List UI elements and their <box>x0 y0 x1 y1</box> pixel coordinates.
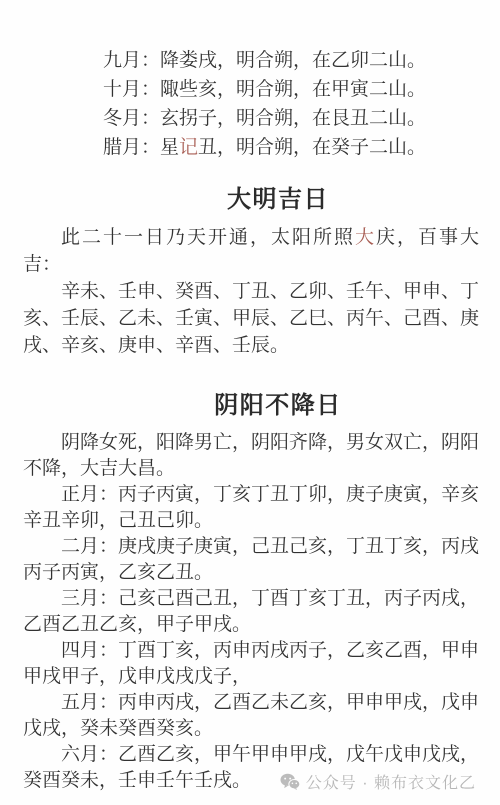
month-line-text: 十月：陬些亥，明合朔，在甲寅二山。 <box>103 79 426 100</box>
month-table: 九月：降娄戌，明合朔，在乙卯二山。 十月：陬些亥，明合朔，在甲寅二山。 冬月：玄… <box>23 0 479 162</box>
yinyang-month-paragraph: 正月：丙子丙寅，丁亥丁丑丁卯，庚子庚寅，辛亥辛丑辛卯，己丑己卯。 <box>23 482 479 534</box>
footer-watermark: 公众号 · 赖布衣文化乙 <box>280 770 476 793</box>
daming-intro-paragraph: 此二十一日乃天开通，太阳所照大庆，百事大吉： <box>23 224 479 278</box>
month-line-text: 九月：降娄戌，明合朔，在乙卯二山。 <box>103 50 426 71</box>
month-line: 冬月：玄拐子，明合朔，在艮丑二山。 <box>23 104 479 133</box>
section-daming: 大明吉日 此二十一日乃天开通，太阳所照大庆，百事大吉： 辛未、壬申、癸酉、丁丑、… <box>23 184 479 359</box>
wechat-icon <box>280 773 300 790</box>
watermark-text: 公众号 · 赖布衣文化乙 <box>306 770 476 793</box>
yinyang-month-paragraph: 三月：己亥己酉己丑，丁酉丁亥丁丑，丙子丙戌，乙酉乙丑乙亥，甲子甲戌。 <box>23 586 479 638</box>
yinyang-month-paragraph: 二月：庚戌庚子庚寅，己丑己亥，丁丑丁亥，丙戌丙子丙寅，乙亥乙丑。 <box>23 534 479 586</box>
month-line-text: 冬月：玄拐子，明合朔，在艮丑二山。 <box>103 108 426 129</box>
month-line: 腊月：星记丑，明合朔，在癸子二山。 <box>23 133 479 162</box>
yinyang-intro-paragraph: 阴降女死，阳降男亡，阴阳齐降，男女双亡，阴阳不降，大吉大昌。 <box>23 430 479 482</box>
section-yinyang: 阴阳不降日 阴降女死，阳降男亡，阴阳齐降，男女双亡，阴阳不降，大吉大昌。 正月：… <box>23 390 479 794</box>
daming-days-paragraph: 辛未、壬申、癸酉、丁丑、乙卯、壬午、甲申、丁亥、壬辰、乙未、壬寅、甲辰、乙巳、丙… <box>23 278 479 359</box>
month-line: 十月：陬些亥，明合朔，在甲寅二山。 <box>23 75 479 104</box>
yinyang-month-paragraph: 五月：丙申丙戌，乙酉乙未乙亥，甲申甲戌，戊申戊戌，癸未癸酉癸亥。 <box>23 690 479 742</box>
yinyang-month-paragraph: 四月：丁酉丁亥，丙申丙戌丙子，乙亥乙酉，甲申甲戌甲子，戊申戊戌戊子， <box>23 638 479 690</box>
month-line-text: 丑，明合朔，在癸子二山。 <box>198 137 426 158</box>
daming-intro-text: 此二十一日乃天开通，太阳所照 <box>61 227 355 248</box>
red-char: 大 <box>355 227 376 248</box>
month-line-text: 腊月：星 <box>103 137 179 158</box>
red-char: 记 <box>179 137 198 158</box>
section-title-yinyang: 阴阳不降日 <box>50 390 500 422</box>
section-title-daming: 大明吉日 <box>50 184 500 216</box>
document-body: 九月：降娄戌，明合朔，在乙卯二山。 十月：陬些亥，明合朔，在甲寅二山。 冬月：玄… <box>0 0 500 794</box>
month-line: 九月：降娄戌，明合朔，在乙卯二山。 <box>23 46 479 75</box>
page: 九月：降娄戌，明合朔，在乙卯二山。 十月：陬些亥，明合朔，在甲寅二山。 冬月：玄… <box>0 0 500 805</box>
